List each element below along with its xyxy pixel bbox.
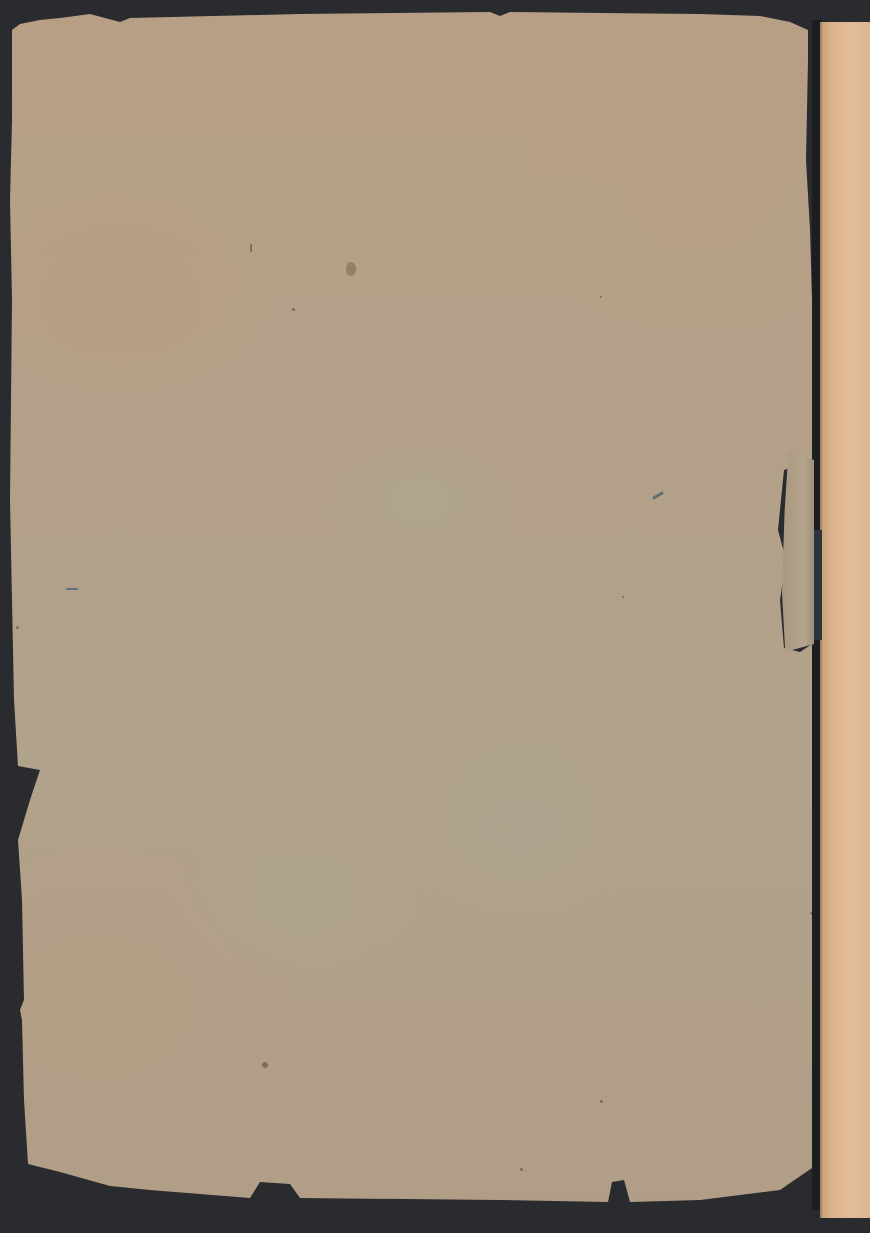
adjacent-leaf-edge	[820, 22, 870, 1218]
blank-page	[0, 0, 870, 1233]
torn-paper-flap	[782, 452, 814, 652]
paper-speck	[600, 1100, 603, 1103]
scan-canvas	[0, 0, 870, 1233]
ink-fleck	[66, 588, 78, 590]
paper-speck	[600, 296, 602, 298]
paper-speck	[622, 596, 624, 598]
paper-speck	[16, 626, 19, 629]
ink-fleck	[652, 491, 664, 500]
paper-speck	[520, 1168, 523, 1171]
paper-speck	[262, 1062, 268, 1068]
paper-speck	[292, 308, 295, 311]
paper-stain	[346, 262, 356, 276]
paper-speck	[250, 244, 252, 252]
